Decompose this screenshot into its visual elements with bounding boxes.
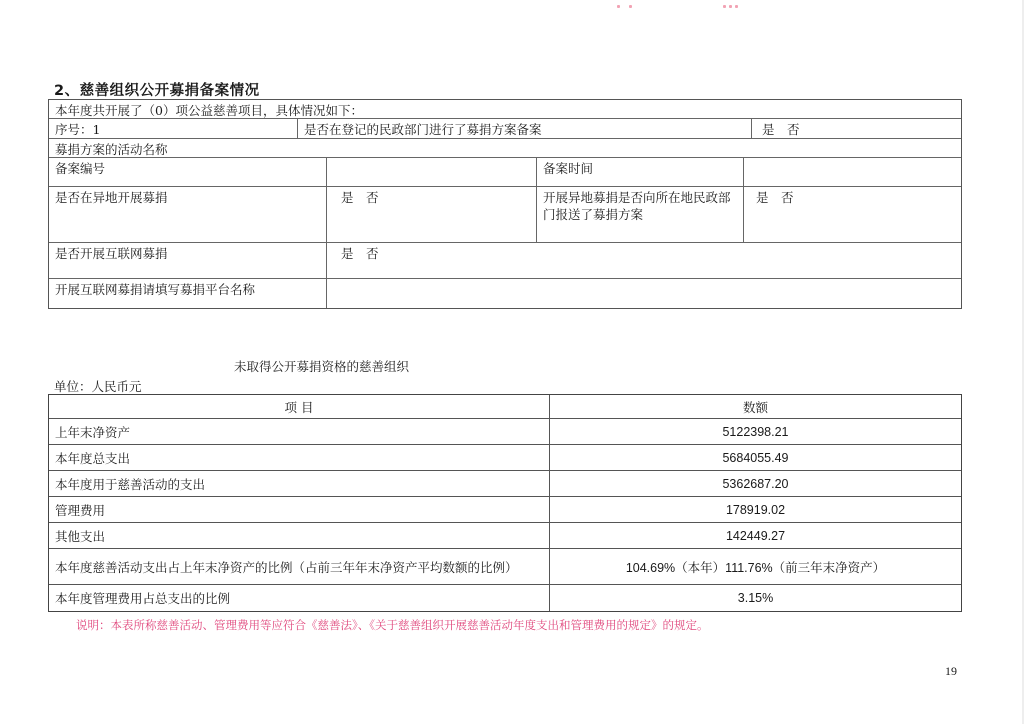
filing-time-label: 备案时间 — [536, 158, 743, 186]
header-amount: 数额 — [549, 395, 961, 418]
header-item: 项 目 — [49, 395, 549, 418]
table-row: 本年度总支出 5684055.49 — [49, 445, 961, 471]
offsite-options[interactable]: 是 否 — [326, 187, 536, 242]
row-item: 其他支出 — [49, 523, 549, 548]
table-row: 本年度慈善活动支出占上年末净资产的比例（占前三年年末净资产平均数额的比例） 10… — [49, 549, 961, 585]
filing-no-row: 备案编号 备案时间 — [49, 158, 961, 187]
row-item: 本年度管理费用占总支出的比例 — [49, 585, 549, 611]
offsite-row: 是否在异地开展募捐 是 否 开展异地募捐是否向所在地民政部门报送了募捐方案 是 … — [49, 187, 961, 243]
row-item: 本年度用于慈善活动的支出 — [49, 471, 549, 496]
plan-name-label: 募捐方案的活动名称 — [49, 139, 961, 157]
unit-label: 单位：人民币元 — [54, 377, 142, 395]
filing-no-label: 备案编号 — [49, 158, 326, 186]
plan-name-row: 募捐方案的活动名称 — [49, 139, 961, 158]
serial-row: 序号：1 是否在登记的民政部门进行了募捐方案备案 是 否 — [49, 119, 961, 139]
row-item: 上年末净资产 — [49, 419, 549, 444]
section-title: 2、慈善组织公开募捐备案情况 — [54, 79, 260, 100]
row-value: 178919.02 — [549, 497, 961, 522]
finance-header-row: 项 目 数额 — [49, 395, 961, 419]
filing-no-value[interactable] — [326, 158, 536, 186]
finance-table: 项 目 数额 上年末净资产 5122398.21 本年度总支出 5684055.… — [48, 394, 962, 612]
row-item: 本年度慈善活动支出占上年末净资产的比例（占前三年年末净资产平均数额的比例） — [49, 549, 549, 584]
offsite-report-options[interactable]: 是 否 — [743, 187, 961, 242]
row-value: 142449.27 — [549, 523, 961, 548]
platform-value[interactable] — [326, 279, 961, 308]
row-item: 本年度总支出 — [49, 445, 549, 470]
finance-table-caption: 未取得公开募捐资格的慈善组织 — [234, 357, 409, 375]
internet-options[interactable]: 是 否 — [326, 243, 961, 278]
table-row: 本年度管理费用占总支出的比例 3.15% — [49, 585, 961, 611]
intro-text: 本年度共开展了（0）项公益慈善项目，具体情况如下： — [49, 100, 961, 118]
table-row: 本年度用于慈善活动的支出 5362687.20 — [49, 471, 961, 497]
platform-label: 开展互联网募捐请填写募捐平台名称 — [49, 279, 326, 308]
offsite-report-question: 开展异地募捐是否向所在地民政部门报送了募捐方案 — [536, 187, 743, 242]
table-row: 上年末净资产 5122398.21 — [49, 419, 961, 445]
filed-options[interactable]: 是 否 — [751, 119, 961, 138]
row-value: 5362687.20 — [549, 471, 961, 496]
offsite-question: 是否在异地开展募捐 — [49, 187, 326, 242]
fundraising-filing-table: 本年度共开展了（0）项公益慈善项目，具体情况如下： 序号：1 是否在登记的民政部… — [48, 99, 962, 309]
row-value: 5684055.49 — [549, 445, 961, 470]
page-number: 19 — [945, 664, 957, 679]
row-item: 管理费用 — [49, 497, 549, 522]
platform-row: 开展互联网募捐请填写募捐平台名称 — [49, 279, 961, 308]
table-note: 说明：本表所称慈善活动、管理费用等应符合《慈善法》、《关于慈善组织开展慈善活动年… — [76, 617, 709, 633]
row-value: 104.69%（本年）111.76%（前三年末净资产） — [549, 549, 961, 584]
intro-row: 本年度共开展了（0）项公益慈善项目，具体情况如下： — [49, 100, 961, 119]
filed-question: 是否在登记的民政部门进行了募捐方案备案 — [297, 119, 751, 138]
filing-time-value[interactable] — [743, 158, 961, 186]
row-value: 3.15% — [549, 585, 961, 611]
scan-marks — [0, 5, 1024, 11]
table-row: 管理费用 178919.02 — [49, 497, 961, 523]
serial-label: 序号：1 — [49, 119, 297, 138]
row-value: 5122398.21 — [549, 419, 961, 444]
internet-question: 是否开展互联网募捐 — [49, 243, 326, 278]
table-row: 其他支出 142449.27 — [49, 523, 961, 549]
internet-row: 是否开展互联网募捐 是 否 — [49, 243, 961, 279]
